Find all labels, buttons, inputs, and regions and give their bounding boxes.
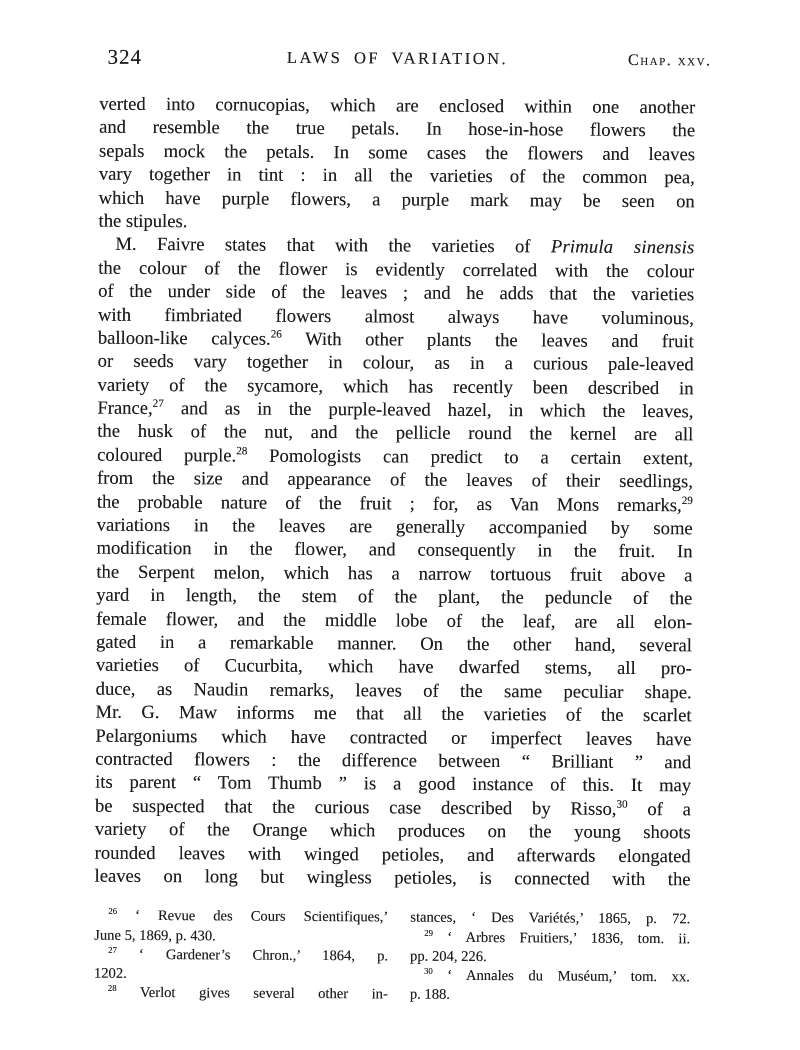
text-line: its parent “ Tom Thumb ” is a good insta… [95,771,691,798]
book-page: 324 LAWS OF VARIATION. Chap. XXV. verted… [0,0,800,1050]
page-content: 324 LAWS OF VARIATION. Chap. XXV. verted… [0,0,800,1008]
text-line: stances, ‘ Des Variétés,’ 1865, p. 72. [410,909,690,930]
text-line: 26 ‘ Revue des Cours Scientifiques,’ [94,907,388,928]
text-line: rounded leaves with winged petioles, and… [95,841,691,868]
text-line: from the size and appearance of the leav… [97,467,693,494]
text-line: varieties of Cucurbita, which have dwarf… [96,654,692,681]
text-line: M. Faivre states that with the varieties… [98,233,694,260]
footnotes: 26 ‘ Revue des Cours Scientifiques,’June… [94,907,691,1007]
text-line: with fimbriated flowers almost always ha… [98,303,694,330]
paragraph: verted into cornucopias, which are enclo… [98,93,695,237]
paragraph: M. Faivre states that with the varieties… [94,233,694,892]
text-line: leaves on long but wingless petioles, is… [94,865,690,892]
text-line: pp. 204, 226. [410,947,690,968]
text-line: 29 ‘ Arbres Fruitiers,’ 1836, tom. ii. [410,928,690,949]
text-line: p. 188. [410,986,690,1007]
text-line: and resemble the true petals. In hose-in… [99,116,695,143]
text-line: Mr. G. Maw informs me that all the varie… [95,701,691,728]
text-line: of the under side of the leaves ; and he… [98,280,694,307]
text-line: the husk of the nut, and the pellicle ro… [97,420,693,447]
text-line: 30 ‘ Annales du Muséum,’ tom. xx. [410,967,690,988]
text-line: 1202. [94,965,388,986]
body-text: verted into cornucopias, which are enclo… [94,93,695,892]
footnote-column-left: 26 ‘ Revue des Cours Scientifiques,’June… [94,907,389,1005]
text-line: June 5, 1869, p. 430. [94,926,388,947]
text-line: which have purple flowers, a purple mark… [99,186,695,213]
text-line: vary together in tint : in all the varie… [99,163,695,190]
text-line: 28 Verlot gives several other in- [94,984,388,1005]
page-header: 324 LAWS OF VARIATION. Chap. XXV. [100,45,696,73]
text-line: 27 ‘ Gardener’s Chron.,’ 1864, p. [94,946,388,967]
text-line: yard in length, the stem of the plant, t… [96,584,692,611]
running-title: LAWS OF VARIATION. [287,48,508,69]
text-line: or seeds vary together in colour, as in … [98,350,694,377]
text-line: Pelargoniums which have contracted or im… [95,724,691,751]
text-line: modification in the flower, and conseque… [96,537,692,564]
footnote-column-right: stances, ‘ Des Variétés,’ 1865, p. 72.29… [410,909,691,1007]
page-number: 324 [107,45,142,70]
chapter-label: Chap. XXV. [628,52,712,71]
text-line: variety of the Orange which produces on … [95,818,691,845]
